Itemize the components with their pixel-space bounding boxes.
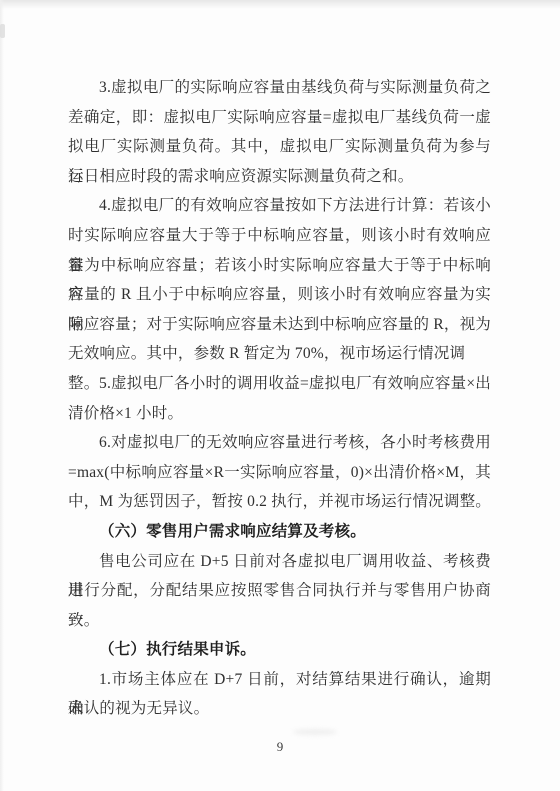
scanned-document-page: { "page": { "number": "9", "background":…	[0, 0, 560, 791]
scan-edge-mark	[0, 24, 5, 38]
text-line: 时实际响应容量大于等于中标响应容量，则该小时有效响应容	[68, 221, 491, 251]
paragraph: 1.市场主体应在 D+7 日前，对结算结果进行确认，逾期未确认的视为无异议。	[68, 665, 491, 724]
text-line: 6.对虚拟电厂的无效响应容量进行考核，各小时考核费用	[68, 428, 491, 458]
text-line: 确认的视为无异议。	[68, 694, 491, 724]
paragraph: 6.对虚拟电厂的无效响应容量进行考核，各小时考核费用=max(中标响应容量×R一…	[68, 428, 491, 517]
text-line: =max(中标响应容量×R一实际响应容量，0)×出清价格×M，其	[68, 458, 491, 488]
text-line: 无效响应。其中，参数 R 暂定为 70%，视市场运行情况调整。	[68, 339, 491, 369]
paragraph: 售电公司应在 D+5 日前对各虚拟电厂调用收益、考核费用进行分配，分配结果应按照…	[68, 547, 491, 636]
text-line: （七）执行结果申诉。	[68, 635, 491, 665]
text-line: 1.市场主体应在 D+7 日前，对结算结果进行确认，逾期未	[68, 665, 491, 695]
page-number: 9	[0, 738, 560, 756]
document-text: 3.虚拟电厂的实际响应容量由基线负荷与实际测量负荷之差确定，即：虚拟电厂实际响应…	[68, 73, 491, 724]
scan-smudge	[293, 729, 337, 735]
scan-edge-left	[0, 0, 4, 791]
text-line: 4.虚拟电厂的有效响应容量按如下方法进行计算：若该小	[68, 191, 491, 221]
text-line: 差确定，即：虚拟电厂实际响应容量=虚拟电厂基线负荷一虚	[68, 103, 491, 133]
paragraph: 5.虚拟电厂各小时的调用收益=虚拟电厂有效响应容量×出清价格×1 小时。	[68, 369, 491, 428]
text-line: 行日相应时段的需求响应资源实际测量负荷之和。	[68, 162, 491, 192]
scan-edge-top	[0, 0, 560, 9]
text-line: 清价格×1 小时。	[68, 399, 491, 429]
text-line: 3.虚拟电厂的实际响应容量由基线负荷与实际测量负荷之	[68, 73, 491, 103]
text-line: 容量的 R 且小于中标响应容量，则该小时有效响应容量为实际	[68, 280, 491, 310]
section-heading: （六）零售用户需求响应结算及考核。	[68, 517, 491, 547]
text-line: 致。	[68, 606, 491, 636]
text-line: 5.虚拟电厂各小时的调用收益=虚拟电厂有效响应容量×出	[68, 369, 491, 399]
text-line: 进行分配，分配结果应按照零售合同执行并与零售用户协商一	[68, 576, 491, 606]
text-line: 量为中标响应容量；若该小时实际响应容量大于等于中标响应	[68, 251, 491, 281]
text-line: 中，M 为惩罚因子，暂按 0.2 执行，并视市场运行情况调整。	[68, 487, 491, 517]
paragraph: 3.虚拟电厂的实际响应容量由基线负荷与实际测量负荷之差确定，即：虚拟电厂实际响应…	[68, 73, 491, 191]
section-heading: （七）执行结果申诉。	[68, 635, 491, 665]
text-line: 响应容量；对于实际响应容量未达到中标响应容量的 R，视为	[68, 310, 491, 340]
paragraph: 4.虚拟电厂的有效响应容量按如下方法进行计算：若该小时实际响应容量大于等于中标响…	[68, 191, 491, 369]
text-line: 拟电厂实际测量负荷。其中，虚拟电厂实际测量负荷为参与运	[68, 132, 491, 162]
text-line: 售电公司应在 D+5 日前对各虚拟电厂调用收益、考核费用	[68, 547, 491, 577]
text-line: （六）零售用户需求响应结算及考核。	[68, 517, 491, 547]
